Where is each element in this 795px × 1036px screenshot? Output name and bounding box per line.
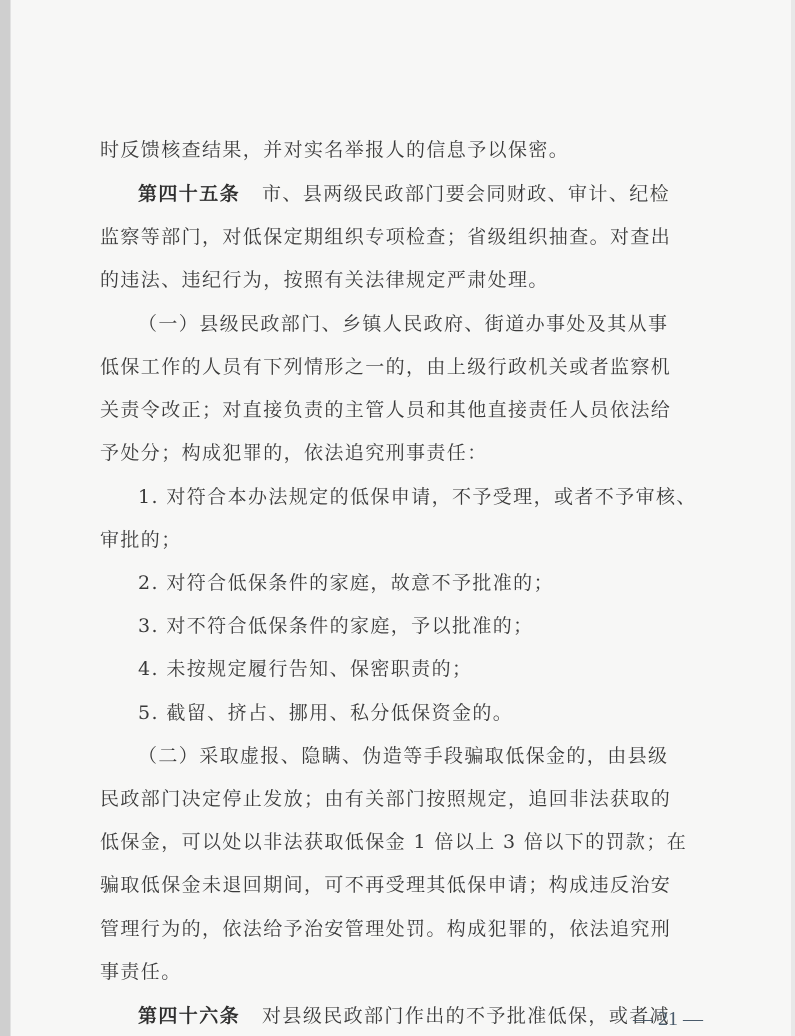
list-item-3: 3. 对不符合低保条件的家庭，予以批准的； — [138, 614, 534, 638]
list-item-1: 1. 对符合本办法规定的低保申请，不予受理，或者不予审核、 — [138, 485, 697, 509]
text-line: 低保工作的人员有下列情形之一的，由上级行政机关或者监察机 — [100, 355, 671, 379]
text-line: 予处分；构成犯罪的，依法追究刑事责任： — [100, 441, 488, 465]
scan-right-edge — [791, 0, 795, 1036]
text-line: 的违法、违纪行为，按照有关法律规定严肃处理。 — [100, 268, 549, 292]
article-45-line: 第四十五条市、县两级民政部门要会同财政、审计、纪检 — [138, 182, 670, 206]
article-45-heading: 第四十五条 — [138, 183, 240, 205]
article-46-heading: 第四十六条 — [138, 1005, 240, 1027]
text-line: 关责令改正；对直接负责的主管人员和其他直接责任人员依法给 — [100, 398, 671, 422]
list-item-1-continuation: 审批的； — [100, 528, 182, 552]
page-number: — 21 — — [633, 1008, 703, 1031]
text-line: 监察等部门，对低保定期组织专项检查；省级组织抽查。对查出 — [100, 225, 671, 249]
text-line-continuation: 时反馈核查结果，并对实名举报人的信息予以保密。 — [100, 138, 569, 162]
list-item-5: 5. 截留、挤占、挪用、私分低保资金的。 — [138, 701, 513, 725]
text-line: 事责任。 — [100, 960, 182, 984]
clause-2-line: （二）采取虚报、隐瞒、伪造等手段骗取低保金的，由县级 — [138, 744, 668, 768]
clause-1-line: （一）县级民政部门、乡镇人民政府、街道办事处及其从事 — [138, 312, 668, 336]
text-line: 管理行为的，依法给予治安管理处罚。构成犯罪的，依法追究刑 — [100, 917, 671, 941]
list-item-4: 4. 未按规定履行告知、保密职责的； — [138, 657, 472, 681]
scan-left-edge — [0, 0, 11, 1036]
list-item-2: 2. 对符合低保条件的家庭，故意不予批准的； — [138, 571, 554, 595]
text-line: 低保金，可以处以非法获取低保金 1 倍以上 3 倍以下的罚款；在 — [100, 830, 687, 854]
article-45-text: 市、县两级民政部门要会同财政、审计、纪检 — [262, 183, 670, 205]
text-line: 民政部门决定停止发放；由有关部门按照规定，追回非法获取的 — [100, 787, 671, 811]
text-line: 骗取低保金未退回期间，可不再受理其低保申请；构成违反治安 — [100, 873, 671, 897]
article-46-text: 对县级民政部门作出的不予批准低保，或者减 — [262, 1005, 670, 1027]
article-46-line: 第四十六条对县级民政部门作出的不予批准低保，或者减 — [138, 1004, 670, 1028]
